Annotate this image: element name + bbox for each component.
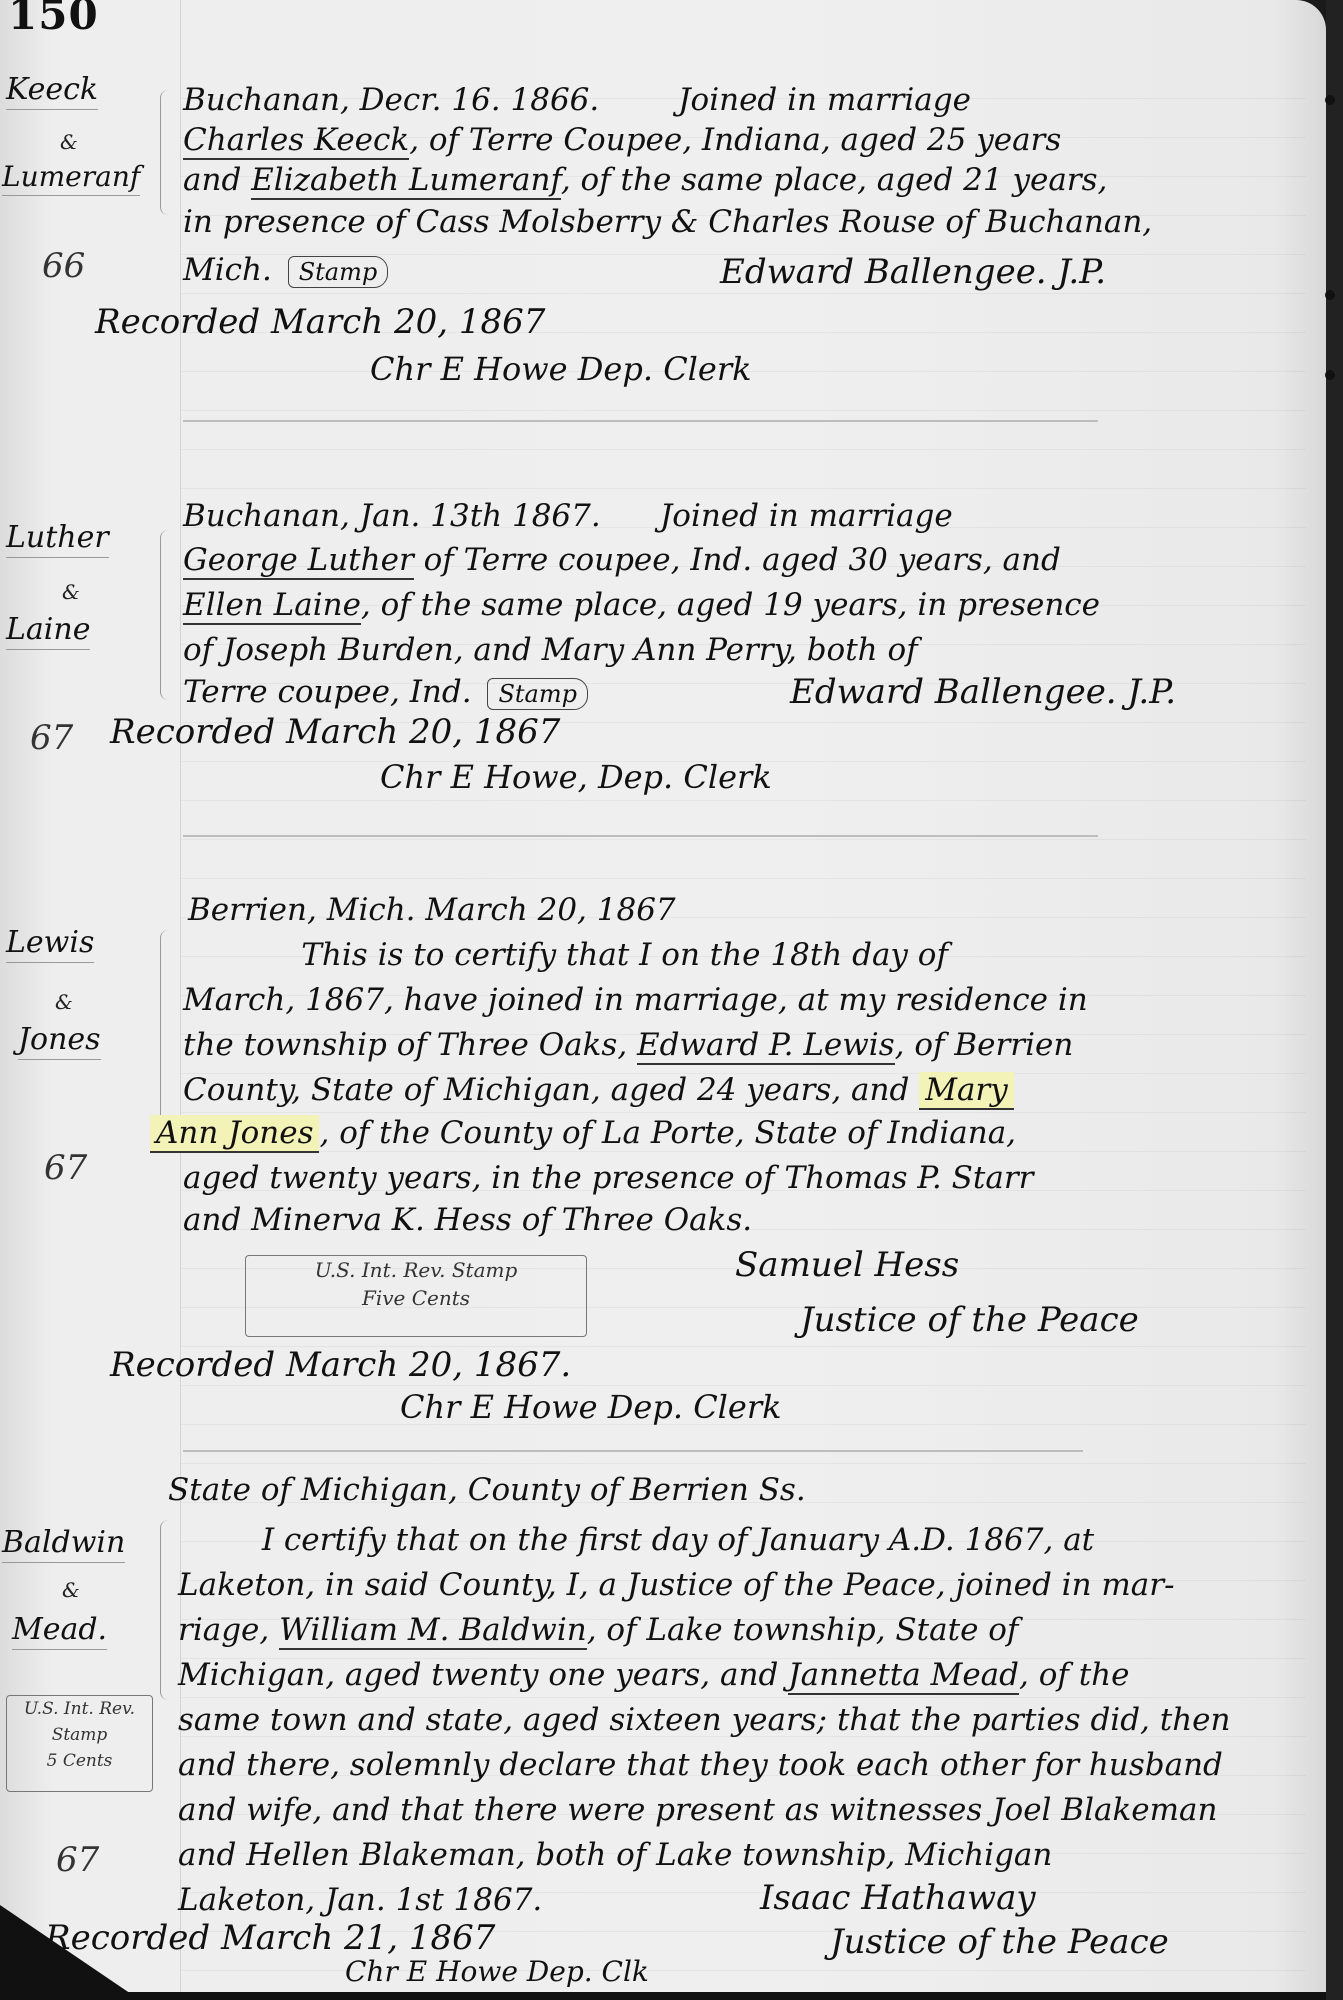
text-segment: Joined in marriage bbox=[599, 82, 971, 118]
entry-line: Charles Keeck, of Terre Coupee, Indiana,… bbox=[183, 120, 1061, 160]
text-segment: and bbox=[183, 162, 251, 198]
entry-separator bbox=[183, 420, 1098, 422]
stamp-line: 5 Cents bbox=[7, 1748, 152, 1774]
margin-groom-name: Luther bbox=[6, 520, 109, 558]
text-segment: riage, bbox=[178, 1612, 279, 1648]
entry-line-text: Mich. bbox=[183, 252, 272, 288]
underlined-name: Edward P. Lewis bbox=[637, 1027, 895, 1065]
entry-line: Ellen Laine, of the same place, aged 19 … bbox=[183, 585, 1100, 625]
margin-bride-name: Laine bbox=[6, 612, 90, 650]
entry-brace bbox=[160, 1520, 171, 1700]
page-corner-shadow bbox=[0, 1905, 140, 2000]
text-segment: March, 1867, have joined in marriage, at… bbox=[183, 982, 1088, 1018]
margin-ampersand: & bbox=[62, 580, 80, 604]
margin-record-number: 67 bbox=[56, 1840, 99, 1880]
underlined-name: George Luther bbox=[183, 542, 414, 580]
margin-record-number: 67 bbox=[44, 1148, 87, 1188]
underlined-name: Charles Keeck bbox=[183, 122, 409, 160]
text-segment: , of the same place, aged 19 years, in p… bbox=[361, 587, 1100, 623]
margin-groom-name: Lewis bbox=[6, 925, 94, 963]
entry-line-text: Terre coupee, Ind. bbox=[183, 674, 472, 710]
text-segment: , of Berrien bbox=[895, 1027, 1074, 1063]
officiant-signature: Isaac Hathaway bbox=[760, 1878, 1036, 1918]
highlighted-name: Ann Jones bbox=[150, 1115, 319, 1153]
entry-brace bbox=[160, 530, 171, 700]
text-segment: Buchanan, Jan. 13th 1867. bbox=[183, 498, 601, 534]
stamp-line: U.S. Int. Rev. bbox=[7, 1696, 152, 1722]
text-segment: and wife, and that there were present as… bbox=[178, 1792, 1217, 1828]
binding-rivet bbox=[1325, 95, 1335, 105]
margin-groom-name: Keeck bbox=[6, 72, 98, 110]
clerk-signature: Chr E Howe Dep. Clerk bbox=[400, 1388, 782, 1426]
entry-separator bbox=[183, 1450, 1083, 1452]
entry-brace bbox=[160, 930, 171, 1130]
text-segment: Buchanan, Decr. 16. 1866. bbox=[183, 82, 599, 118]
entry-line: This is to certify that I on the 18th da… bbox=[183, 935, 948, 975]
text-segment: and Hellen Blakeman, both of Lake townsh… bbox=[178, 1837, 1052, 1873]
entry-line: County, State of Michigan, aged 24 years… bbox=[183, 1070, 1014, 1110]
officiant-title: Justice of the Peace bbox=[800, 1300, 1139, 1340]
entry-line: same town and state, aged sixteen years;… bbox=[178, 1700, 1231, 1740]
text-segment: in presence of Cass Molsberry & Charles … bbox=[183, 204, 1152, 240]
entry-line: Mich. Stamp bbox=[183, 250, 394, 290]
entry-line: and wife, and that there were present as… bbox=[178, 1790, 1217, 1830]
entry-line: Buchanan, Decr. 16. 1866. Joined in marr… bbox=[183, 80, 971, 120]
clerk-signature: Chr E Howe, Dep. Clerk bbox=[380, 758, 772, 796]
page-number: 150 bbox=[8, 0, 99, 39]
revenue-stamp-note: Stamp bbox=[288, 256, 389, 288]
binding-rivet bbox=[1325, 370, 1335, 380]
clerk-signature: Chr E Howe Dep. Clerk bbox=[370, 350, 752, 388]
margin-bride-name: Lumeranf bbox=[2, 160, 140, 196]
officiant-title: Justice of the Peace bbox=[830, 1922, 1169, 1962]
text-segment: same town and state, aged sixteen years;… bbox=[178, 1702, 1231, 1738]
text-segment: Michigan, aged twenty one years, and bbox=[178, 1657, 788, 1693]
recorded-date: Recorded March 20, 1867 bbox=[95, 302, 545, 342]
text-segment: , of Terre Coupee, Indiana, aged 25 year… bbox=[409, 122, 1061, 158]
text-segment: This is to certify that I on the 18th da… bbox=[183, 937, 948, 973]
text-segment: Terre coupee, Ind. bbox=[183, 674, 472, 710]
text-segment: , of the bbox=[1019, 1657, 1129, 1693]
text-segment: Laketon, in said County, I, a Justice of… bbox=[178, 1567, 1175, 1603]
margin-ampersand: & bbox=[62, 1578, 80, 1602]
text-segment: I certify that on the first day of Janua… bbox=[183, 1522, 1094, 1558]
entry-line: Terre coupee, Ind. Stamp bbox=[183, 672, 594, 712]
margin-revenue-stamp: U.S. Int. Rev. Stamp 5 Cents bbox=[6, 1695, 153, 1792]
underlined-name: Ellen Laine bbox=[183, 587, 361, 625]
text-segment: , of Lake township, State of bbox=[587, 1612, 1019, 1648]
recorded-date: Recorded March 20, 1867. bbox=[110, 1345, 571, 1385]
text-segment: Berrien, Mich. March 20, 1867 bbox=[188, 892, 676, 928]
entry-line: Ann Jones, of the County of La Porte, St… bbox=[150, 1113, 1016, 1153]
entry-separator bbox=[183, 835, 1098, 837]
entry-line: George Luther of Terre coupee, Ind. aged… bbox=[183, 540, 1061, 580]
entry-line: Berrien, Mich. March 20, 1867 bbox=[188, 890, 676, 930]
entry-line: the township of Three Oaks, Edward P. Le… bbox=[183, 1025, 1073, 1065]
margin-bride-name: Jones bbox=[18, 1022, 101, 1060]
text-segment: and there, solemnly declare that they to… bbox=[178, 1747, 1223, 1783]
stamp-line: U.S. Int. Rev. Stamp bbox=[246, 1256, 586, 1284]
officiant-signature: Edward Ballengee. J.P. bbox=[720, 252, 1106, 292]
entry-line: aged twenty years, in the presence of Th… bbox=[183, 1158, 1033, 1198]
entry-line: and Hellen Blakeman, both of Lake townsh… bbox=[178, 1835, 1052, 1875]
highlighted-name: Mary bbox=[919, 1072, 1014, 1110]
entry-line: and Elizabeth Lumeranf, of the same plac… bbox=[183, 160, 1107, 200]
text-segment: Joined in marriage bbox=[601, 498, 953, 534]
stamp-line: Five Cents bbox=[246, 1284, 586, 1312]
underlined-name: Elizabeth Lumeranf bbox=[251, 162, 561, 200]
text-segment: , of the same place, aged 21 years, bbox=[561, 162, 1108, 198]
entry-line: riage, William M. Baldwin, of Lake towns… bbox=[178, 1610, 1018, 1650]
revenue-stamp-note: Stamp bbox=[487, 678, 588, 710]
book-spine-edge bbox=[1326, 0, 1343, 2000]
margin-bride-name: Mead. bbox=[12, 1612, 107, 1650]
stamp-line: Stamp bbox=[7, 1722, 152, 1748]
entry-line: Laketon, in said County, I, a Justice of… bbox=[178, 1565, 1175, 1605]
entry-line: and there, solemnly declare that they to… bbox=[178, 1745, 1223, 1785]
page-bottom-shadow bbox=[0, 1992, 1326, 2000]
text-segment: of Terre coupee, Ind. aged 30 years, and bbox=[414, 542, 1061, 578]
entry-line: March, 1867, have joined in marriage, at… bbox=[183, 980, 1088, 1020]
underlined-name: William M. Baldwin bbox=[279, 1612, 587, 1650]
margin-ampersand: & bbox=[55, 990, 73, 1014]
entry-line: and Minerva K. Hess of Three Oaks. bbox=[183, 1200, 752, 1240]
margin-ampersand: & bbox=[60, 130, 78, 154]
margin-record-number: 67 bbox=[30, 718, 73, 758]
entry-line: in presence of Cass Molsberry & Charles … bbox=[183, 202, 1152, 242]
text-segment: , of the County of La Porte, State of In… bbox=[319, 1115, 1016, 1151]
entry-line: I certify that on the first day of Janua… bbox=[183, 1520, 1094, 1560]
clerk-signature: Chr E Howe Dep. Clk bbox=[345, 1955, 649, 1988]
binding-rivet bbox=[1325, 290, 1335, 300]
entry-line: Buchanan, Jan. 13th 1867. Joined in marr… bbox=[183, 496, 953, 536]
underlined-name: Jannetta Mead bbox=[788, 1657, 1019, 1695]
margin-record-number: 66 bbox=[42, 246, 85, 286]
officiant-signature: Edward Ballengee. J.P. bbox=[790, 672, 1176, 712]
text-segment: Laketon, Jan. 1st 1867. bbox=[178, 1882, 542, 1918]
revenue-stamp-box: U.S. Int. Rev. Stamp Five Cents bbox=[245, 1255, 587, 1337]
entry-line: Laketon, Jan. 1st 1867. bbox=[178, 1880, 542, 1920]
text-segment: State of Michigan, County of Berrien Ss. bbox=[168, 1472, 806, 1508]
text-segment: the township of Three Oaks, bbox=[183, 1027, 637, 1063]
officiant-signature: Samuel Hess bbox=[735, 1245, 959, 1285]
entry-brace bbox=[160, 90, 171, 215]
text-segment: Mich. bbox=[183, 252, 272, 288]
text-segment: County, State of Michigan, aged 24 years… bbox=[183, 1072, 919, 1108]
entry-line: State of Michigan, County of Berrien Ss. bbox=[168, 1470, 806, 1510]
text-segment: aged twenty years, in the presence of Th… bbox=[183, 1160, 1033, 1196]
entry-line: Michigan, aged twenty one years, and Jan… bbox=[178, 1655, 1129, 1695]
text-segment: of Joseph Burden, and Mary Ann Perry, bo… bbox=[183, 632, 918, 668]
margin-groom-name: Baldwin bbox=[2, 1525, 125, 1563]
entry-line: of Joseph Burden, and Mary Ann Perry, bo… bbox=[183, 630, 918, 670]
recorded-date: Recorded March 20, 1867 bbox=[110, 712, 560, 752]
ledger-page: 150 Keeck & Lumeranf 66 Buchanan, Decr. … bbox=[0, 0, 1326, 2000]
text-segment: and Minerva K. Hess of Three Oaks. bbox=[183, 1202, 752, 1238]
